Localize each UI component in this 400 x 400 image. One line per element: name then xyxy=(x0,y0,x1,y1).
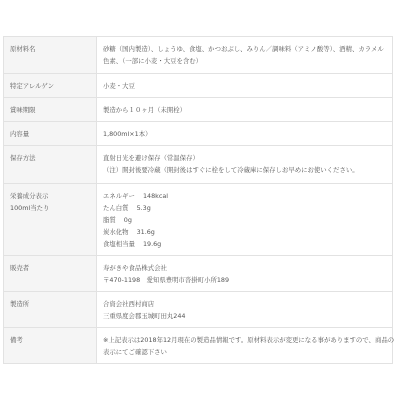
row-label: 内容量 xyxy=(4,122,97,146)
value-line: 合資会社西村商店 xyxy=(103,298,386,310)
value-line: 色素、（一部に小麦・大豆を含む） xyxy=(103,55,386,67)
row-label: 販売者 xyxy=(4,256,97,292)
nutrient-name: エネルギー xyxy=(103,192,135,200)
table-row-nutrition: 栄養成分表示 100ml当たり エネルギー148kcal たん白質5.3g 脂質… xyxy=(4,184,393,256)
row-value: 1,800ml×1本） xyxy=(97,122,393,146)
value-line: 1,800ml×1本） xyxy=(103,128,386,140)
label-line: 100ml当たり xyxy=(10,202,90,214)
table-row-storage: 保存方法 直射日光を避け保存（常温保存） （注）開封後要冷蔵（開封後はすぐに栓を… xyxy=(4,146,393,184)
nutrition-item: 食塩相当量19.6g xyxy=(103,238,386,250)
row-value: 砂糖（国内製造）、しょうゆ、食塩、かつおぶし、みりん／調味料（アミノ酸等）、酒精… xyxy=(97,37,393,74)
row-label: 賞味期限 xyxy=(4,98,97,122)
row-label: 栄養成分表示 100ml当たり xyxy=(4,184,97,256)
value-line: 寿がきや食品株式会社 xyxy=(103,262,386,274)
row-value: 直射日光を避け保存（常温保存） （注）開封後要冷蔵（開封後はすぐに栓をして冷蔵庫… xyxy=(97,146,393,184)
product-spec-table: 原材料名 砂糖（国内製造）、しょうゆ、食塩、かつおぶし、みりん／調味料（アミノ酸… xyxy=(3,36,393,364)
nutrient-value: 148kcal xyxy=(143,192,168,200)
value-line: （注）開封後要冷蔵（開封後はすぐに栓をして冷蔵庫に保存しお早めにお使いください。 xyxy=(103,164,386,176)
nutrient-name: 食塩相当量 xyxy=(103,240,135,248)
table-row-manufacturer: 製造所 合資会社西村商店 三重県度会郡玉城町田丸244 xyxy=(4,292,393,328)
value-line: ※上記表示は2018年12月現在の製造品情報です。原材料表示が変更になる事があり… xyxy=(103,334,386,346)
row-label: 備考 xyxy=(4,328,97,364)
nutrition-item: エネルギー148kcal xyxy=(103,190,386,202)
value-line: 砂糖（国内製造）、しょうゆ、食塩、かつおぶし、みりん／調味料（アミノ酸等）、酒精… xyxy=(103,43,386,55)
table-row-ingredients: 原材料名 砂糖（国内製造）、しょうゆ、食塩、かつおぶし、みりん／調味料（アミノ酸… xyxy=(4,37,393,74)
row-label: 特定アレルゲン xyxy=(4,74,97,98)
value-line: 〒470-1198 愛知県豊明市沓掛町小所189 xyxy=(103,274,386,286)
nutrient-value: 19.6g xyxy=(143,240,161,248)
row-label: 保存方法 xyxy=(4,146,97,184)
nutrition-item: 炭水化物31.6g xyxy=(103,226,386,238)
nutrient-value: 0g xyxy=(124,216,132,224)
table-row-best-before: 賞味期限 製造から１０ヶ月（未開栓） xyxy=(4,98,393,122)
value-line: 直射日光を避け保存（常温保存） xyxy=(103,152,386,164)
row-value: 製造から１０ヶ月（未開栓） xyxy=(97,98,393,122)
row-value: エネルギー148kcal たん白質5.3g 脂質0g 炭水化物31.6g 食塩相… xyxy=(97,184,393,256)
table-row-notes: 備考 ※上記表示は2018年12月現在の製造品情報です。原材料表示が変更になる事… xyxy=(4,328,393,364)
value-line: 三重県度会郡玉城町田丸244 xyxy=(103,310,386,322)
nutrition-item: たん白質5.3g xyxy=(103,202,386,214)
table-row-seller: 販売者 寿がきや食品株式会社 〒470-1198 愛知県豊明市沓掛町小所189 xyxy=(4,256,393,292)
value-line: 小麦・大豆 xyxy=(103,80,386,92)
row-value: 小麦・大豆 xyxy=(97,74,393,98)
nutrient-name: 炭水化物 xyxy=(103,228,129,236)
nutrition-item: 脂質0g xyxy=(103,214,386,226)
nutrient-value: 31.6g xyxy=(137,228,155,236)
nutrient-value: 5.3g xyxy=(137,204,151,212)
value-line: 製造から１０ヶ月（未開栓） xyxy=(103,104,386,116)
label-line: 栄養成分表示 xyxy=(10,190,90,202)
nutrient-name: たん白質 xyxy=(103,204,129,212)
nutrient-name: 脂質 xyxy=(103,216,116,224)
table-row-allergens: 特定アレルゲン 小麦・大豆 xyxy=(4,74,393,98)
row-value: ※上記表示は2018年12月現在の製造品情報です。原材料表示が変更になる事があり… xyxy=(97,328,393,364)
value-line: 表示にてご確認下さい xyxy=(103,346,386,358)
row-value: 寿がきや食品株式会社 〒470-1198 愛知県豊明市沓掛町小所189 xyxy=(97,256,393,292)
row-label: 原材料名 xyxy=(4,37,97,74)
table-row-contents: 内容量 1,800ml×1本） xyxy=(4,122,393,146)
row-value: 合資会社西村商店 三重県度会郡玉城町田丸244 xyxy=(97,292,393,328)
row-label: 製造所 xyxy=(4,292,97,328)
